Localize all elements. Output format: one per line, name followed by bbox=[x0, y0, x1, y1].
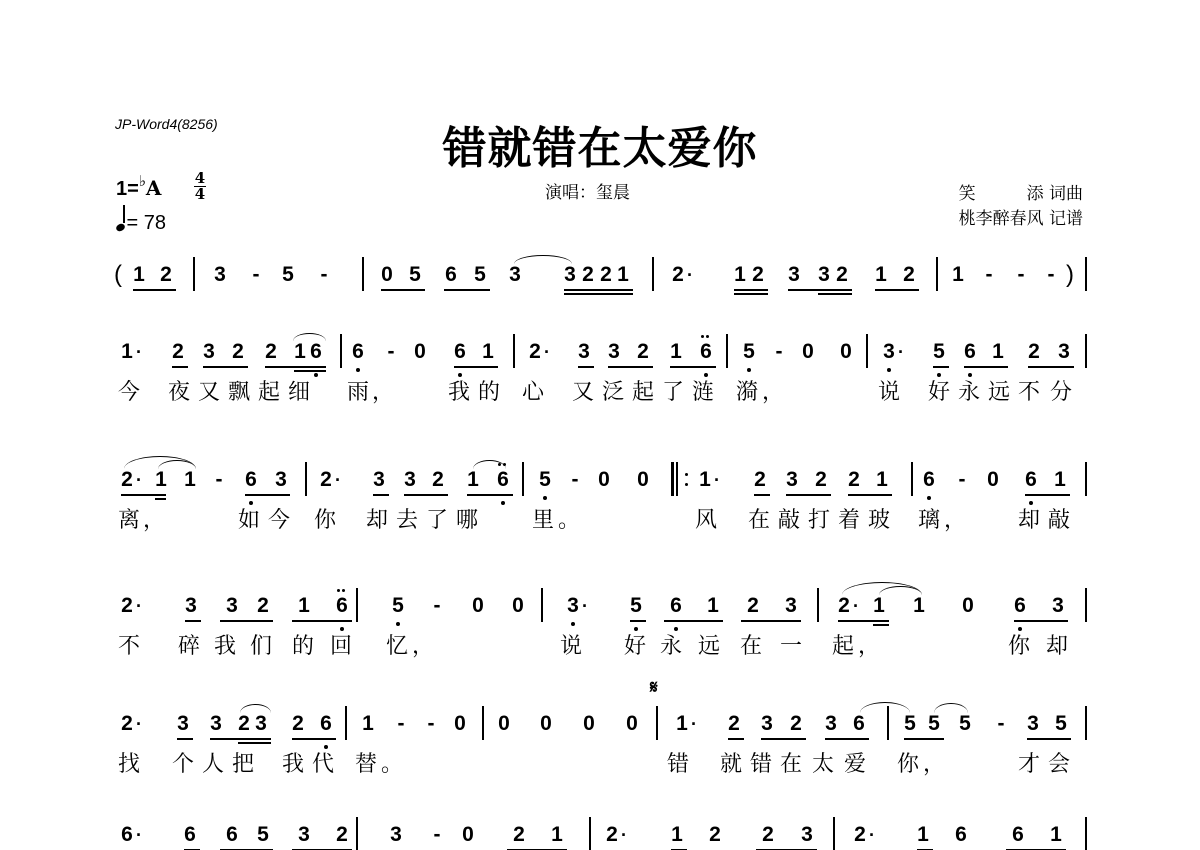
barline bbox=[1085, 588, 1087, 622]
lyric-char: 涟 bbox=[692, 380, 714, 406]
note: 1 bbox=[360, 712, 376, 736]
augmentation-dot: · bbox=[135, 823, 143, 847]
beam-underline bbox=[238, 742, 271, 744]
note: 6 bbox=[243, 468, 259, 492]
sustain-dash: - bbox=[429, 594, 445, 618]
beam-underline bbox=[734, 293, 768, 295]
barline bbox=[817, 588, 819, 622]
note: 6 bbox=[443, 263, 459, 287]
beam-underline bbox=[630, 620, 646, 622]
barline bbox=[541, 588, 543, 622]
lyric-char: 远 bbox=[988, 380, 1010, 406]
lyric-char: 风 bbox=[695, 508, 717, 534]
augmentation-dot: · bbox=[581, 594, 589, 618]
note: 3 bbox=[606, 340, 622, 364]
note: 1 bbox=[465, 468, 481, 492]
sustain-dash: - bbox=[423, 712, 439, 736]
beam-underline bbox=[734, 289, 768, 291]
note: 2 bbox=[255, 594, 271, 618]
note: 6 bbox=[698, 340, 714, 364]
note: 2 bbox=[604, 823, 620, 847]
note: 2 bbox=[726, 712, 742, 736]
note: 6 bbox=[495, 468, 511, 492]
lyric-char: 你 bbox=[897, 752, 919, 778]
beam-underline bbox=[292, 738, 336, 740]
barline bbox=[362, 257, 364, 291]
sustain-dash: - bbox=[393, 712, 409, 736]
beam-underline bbox=[564, 293, 633, 295]
lyric-char: 又 bbox=[572, 380, 594, 406]
barline bbox=[911, 462, 913, 496]
beam-underline bbox=[578, 366, 594, 368]
note: 2 bbox=[1026, 340, 1042, 364]
note: 3 bbox=[212, 263, 228, 287]
barline bbox=[193, 257, 195, 291]
note: 3 bbox=[1025, 712, 1041, 736]
lyric-char: 却 bbox=[366, 508, 388, 534]
note: 5 bbox=[1053, 712, 1069, 736]
note: 2 bbox=[170, 340, 186, 364]
lyric-char: 哪 bbox=[456, 508, 478, 534]
note: 1 bbox=[911, 594, 927, 618]
lyric-char: 却 bbox=[1018, 508, 1040, 534]
beam-underline bbox=[754, 494, 770, 496]
lyric-char: 碎 bbox=[178, 634, 200, 660]
lyric-char: 找 bbox=[118, 752, 140, 778]
low-octave-dot bbox=[340, 627, 344, 631]
note: 3 bbox=[784, 468, 800, 492]
slur bbox=[860, 702, 910, 713]
note: 0 bbox=[960, 594, 976, 618]
segno-icon: 𝄋 bbox=[650, 677, 658, 698]
barline bbox=[522, 462, 524, 496]
low-octave-dot bbox=[634, 627, 638, 631]
beam-underline bbox=[564, 289, 633, 291]
barline bbox=[652, 257, 654, 291]
high-octave-dot bbox=[701, 335, 704, 338]
note: 0 bbox=[624, 712, 640, 736]
low-octave-dot bbox=[571, 622, 575, 626]
augmentation-dot: · bbox=[135, 712, 143, 736]
note: 0 bbox=[496, 712, 512, 736]
credits: 笑 添 词曲 桃李醉春风 记谱 bbox=[959, 182, 1083, 232]
beam-underline bbox=[761, 738, 806, 740]
note: 5 bbox=[472, 263, 488, 287]
lyric-char: 敲 bbox=[778, 508, 800, 534]
lyric-char: 人 bbox=[202, 752, 224, 778]
repeat-start-thick bbox=[671, 462, 674, 496]
lyric-char: 了 bbox=[662, 380, 684, 406]
beam-underline bbox=[1025, 494, 1070, 496]
low-octave-dot bbox=[674, 627, 678, 631]
note: 3 bbox=[881, 340, 897, 364]
note: 2 bbox=[707, 823, 723, 847]
low-octave-dot bbox=[249, 501, 253, 505]
lyric-char: 雨 bbox=[347, 380, 369, 406]
note: 5 bbox=[628, 594, 644, 618]
note: 2 bbox=[598, 263, 614, 287]
time-signature-top: 4 bbox=[194, 171, 206, 186]
note: 1 bbox=[990, 340, 1006, 364]
barline bbox=[726, 334, 728, 368]
high-octave-dot bbox=[337, 589, 340, 592]
note: 1 bbox=[549, 823, 565, 847]
note: 6 bbox=[962, 340, 978, 364]
low-octave-dot bbox=[927, 496, 931, 500]
note: 0 bbox=[596, 468, 612, 492]
note: 6 bbox=[182, 823, 198, 847]
note: 0 bbox=[838, 340, 854, 364]
beam-underline bbox=[1014, 620, 1068, 622]
lyric-char: 个 bbox=[172, 752, 194, 778]
note: 2 bbox=[750, 263, 766, 287]
note: 3 bbox=[371, 468, 387, 492]
barline bbox=[833, 817, 835, 850]
lyric-char: 回 bbox=[330, 634, 352, 660]
low-octave-dot bbox=[396, 622, 400, 626]
note: 2 bbox=[119, 712, 135, 736]
augmentation-dot: · bbox=[852, 594, 860, 618]
sustain-dash: - bbox=[383, 340, 399, 364]
note: 0 bbox=[470, 594, 486, 618]
note: 3 bbox=[1056, 340, 1072, 364]
note: 3 bbox=[786, 263, 802, 287]
lyric-char: 永 bbox=[958, 380, 980, 406]
beam-underline bbox=[728, 738, 744, 740]
barline bbox=[340, 334, 342, 368]
note: 3 bbox=[759, 712, 775, 736]
note: 6 bbox=[308, 340, 324, 364]
note: 1 bbox=[480, 340, 496, 364]
lyric-char: 夜 bbox=[168, 380, 190, 406]
note: 1 bbox=[732, 263, 748, 287]
note: 2 bbox=[119, 468, 135, 492]
beam-underline bbox=[825, 738, 869, 740]
lyric-char: ， bbox=[143, 508, 165, 534]
low-octave-dot bbox=[501, 501, 505, 505]
lyric-char: 的 bbox=[478, 380, 500, 406]
transcriber: 桃李醉春风 记谱 bbox=[959, 207, 1083, 232]
augmentation-dot: · bbox=[334, 468, 342, 492]
beam-underline bbox=[848, 494, 892, 496]
lyric-char: 会 bbox=[1048, 752, 1070, 778]
lyric-char: ， bbox=[762, 380, 784, 406]
slur bbox=[473, 460, 506, 469]
lyric-char: 分 bbox=[1050, 380, 1072, 406]
barline bbox=[482, 706, 484, 740]
note: 1 bbox=[873, 263, 889, 287]
note: 5 bbox=[390, 594, 406, 618]
lyric-char: 好 bbox=[624, 634, 646, 660]
note: 2 bbox=[670, 263, 686, 287]
barline bbox=[1085, 706, 1087, 740]
barline bbox=[345, 706, 347, 740]
note: 1 bbox=[950, 263, 966, 287]
note: 6 bbox=[921, 468, 937, 492]
sustain-dash: - bbox=[211, 468, 227, 492]
lyric-char: 又 bbox=[198, 380, 220, 406]
barline bbox=[1085, 334, 1087, 368]
lyric-char: ， bbox=[944, 508, 966, 534]
slur bbox=[514, 255, 572, 264]
beam-underline bbox=[1027, 738, 1071, 740]
lyric-char: 错 bbox=[667, 752, 689, 778]
note: 2 bbox=[745, 594, 761, 618]
lyric-char: 远 bbox=[698, 634, 720, 660]
note: 2 bbox=[760, 823, 776, 847]
lyric-char: 忆 bbox=[386, 634, 408, 660]
parenthesis: ) bbox=[1066, 263, 1074, 287]
beam-underline bbox=[670, 366, 716, 368]
note: 1 bbox=[674, 712, 690, 736]
beam-underline bbox=[381, 289, 425, 291]
parenthesis: ( bbox=[114, 263, 122, 287]
sustain-dash: - bbox=[954, 468, 970, 492]
high-octave-dot bbox=[706, 335, 709, 338]
beam-underline bbox=[818, 293, 852, 295]
lyric-char: 飘 bbox=[228, 380, 250, 406]
lyric-char: 打 bbox=[808, 508, 830, 534]
beam-underline bbox=[444, 289, 490, 291]
beam-underline bbox=[664, 620, 723, 622]
tempo-value: = 78 bbox=[127, 212, 166, 234]
low-octave-dot bbox=[887, 368, 891, 372]
note: 5 bbox=[957, 712, 973, 736]
lyric-char: 敲 bbox=[1048, 508, 1070, 534]
note: 2 bbox=[813, 468, 829, 492]
quarter-note-stem bbox=[123, 205, 125, 223]
barline bbox=[356, 817, 358, 850]
lyric-char: 在 bbox=[740, 634, 762, 660]
barline bbox=[936, 257, 938, 291]
note: 0 bbox=[412, 340, 428, 364]
sustain-dash: - bbox=[316, 263, 332, 287]
note: 5 bbox=[255, 823, 271, 847]
beam-underline bbox=[788, 289, 852, 291]
note: 3 bbox=[224, 594, 240, 618]
lyric-char: 你 bbox=[314, 508, 336, 534]
note: 3 bbox=[253, 712, 269, 736]
lyric-char: 。 bbox=[381, 752, 403, 778]
lyric-char: 你 bbox=[1008, 634, 1030, 660]
barline bbox=[656, 706, 658, 740]
low-octave-dot bbox=[968, 373, 972, 377]
beam-underline bbox=[373, 494, 389, 496]
beam-underline bbox=[185, 620, 201, 622]
augmentation-dot: · bbox=[713, 468, 721, 492]
note: 6 bbox=[334, 594, 350, 618]
note: 6 bbox=[668, 594, 684, 618]
note: 2 bbox=[290, 712, 306, 736]
lyric-char: 去 bbox=[396, 508, 418, 534]
low-octave-dot bbox=[324, 745, 328, 749]
augmentation-dot: · bbox=[868, 823, 876, 847]
augmentation-dot: · bbox=[135, 468, 143, 492]
note: 3 bbox=[201, 340, 217, 364]
beam-underline bbox=[155, 498, 166, 500]
key-note: A bbox=[146, 176, 162, 200]
augmentation-dot: · bbox=[690, 712, 698, 736]
beam-underline bbox=[873, 624, 889, 626]
lyric-char: 玻 bbox=[868, 508, 890, 534]
note: 2 bbox=[846, 468, 862, 492]
lyric-char: 起 bbox=[632, 380, 654, 406]
lyric-char: 不 bbox=[118, 634, 140, 660]
key-signature: 1=♭A bbox=[116, 176, 161, 201]
lyric-char: 们 bbox=[250, 634, 272, 660]
lyric-char: 着 bbox=[838, 508, 860, 534]
note: 2 bbox=[511, 823, 527, 847]
note: 2 bbox=[788, 712, 804, 736]
augmentation-dot: · bbox=[135, 340, 143, 364]
note: 3 bbox=[816, 263, 832, 287]
augmentation-dot: · bbox=[135, 594, 143, 618]
note: 1 bbox=[1052, 468, 1068, 492]
augmentation-dot: · bbox=[686, 263, 694, 287]
slur bbox=[293, 333, 326, 341]
singer-label: 演唱：玺晨 bbox=[545, 178, 630, 203]
beam-underline bbox=[245, 494, 290, 496]
note: 3 bbox=[783, 594, 799, 618]
note: 5 bbox=[902, 712, 918, 736]
tempo-marking: = 78 bbox=[116, 211, 166, 235]
lyric-char: 里 bbox=[532, 508, 554, 534]
note: 0 bbox=[800, 340, 816, 364]
beam-underline bbox=[608, 366, 653, 368]
note: 6 bbox=[224, 823, 240, 847]
note: 0 bbox=[460, 823, 476, 847]
sustain-dash: - bbox=[1043, 263, 1059, 287]
lyric-char: 就 bbox=[720, 752, 742, 778]
lyric-char: 说 bbox=[560, 634, 582, 660]
lyric-char: 漪 bbox=[736, 380, 758, 406]
lyric-char: 却 bbox=[1046, 634, 1068, 660]
note: 0 bbox=[510, 594, 526, 618]
note: 5 bbox=[931, 340, 947, 364]
beam-underline bbox=[838, 620, 889, 622]
song-title: 错就错在太爱你 bbox=[0, 112, 1200, 176]
low-octave-dot bbox=[1018, 627, 1022, 631]
note: 5 bbox=[407, 263, 423, 287]
beam-underline bbox=[203, 366, 248, 368]
note: 0 bbox=[452, 712, 468, 736]
note: 2 bbox=[318, 468, 334, 492]
barline bbox=[1085, 462, 1087, 496]
lyric-char: ， bbox=[372, 380, 394, 406]
beam-underline bbox=[294, 370, 326, 372]
lyric-char: 的 bbox=[292, 634, 314, 660]
augmentation-dot: · bbox=[620, 823, 628, 847]
lyric-char: 心 bbox=[522, 380, 544, 406]
beam-underline bbox=[875, 289, 919, 291]
beam-underline bbox=[933, 366, 949, 368]
sustain-dash: - bbox=[993, 712, 1009, 736]
lyric-char: ， bbox=[923, 752, 945, 778]
note: 0 bbox=[635, 468, 651, 492]
sustain-dash: - bbox=[1013, 263, 1029, 287]
note: 6 bbox=[851, 712, 867, 736]
beam-underline bbox=[292, 620, 352, 622]
note: 2 bbox=[263, 340, 279, 364]
note: 3 bbox=[175, 712, 191, 736]
time-signature-bottom: 4 bbox=[194, 187, 206, 202]
barline bbox=[866, 334, 868, 368]
note: 2 bbox=[158, 263, 174, 287]
lyric-char: 把 bbox=[232, 752, 254, 778]
lyric-char: 爱 bbox=[844, 752, 866, 778]
beam-underline bbox=[741, 620, 801, 622]
lyric-char: 代 bbox=[312, 752, 334, 778]
note: 3 bbox=[273, 468, 289, 492]
note: 1 bbox=[131, 263, 147, 287]
note: 6 bbox=[1012, 594, 1028, 618]
beam-underline bbox=[467, 494, 513, 496]
note: 1 bbox=[915, 823, 931, 847]
note: 1 bbox=[615, 263, 631, 287]
lyric-char: 了 bbox=[426, 508, 448, 534]
lyric-char: 今 bbox=[118, 380, 140, 406]
note: 2 bbox=[852, 823, 868, 847]
beam-underline bbox=[121, 494, 166, 496]
lyric-char: ， bbox=[412, 634, 434, 660]
note: 2 bbox=[834, 263, 850, 287]
note: 3 bbox=[562, 263, 578, 287]
beam-underline bbox=[1028, 366, 1074, 368]
note: 1 bbox=[292, 340, 308, 364]
note: 1 bbox=[705, 594, 721, 618]
note: 0 bbox=[985, 468, 1001, 492]
lyric-char: 才 bbox=[1018, 752, 1040, 778]
high-octave-dot bbox=[342, 589, 345, 592]
note: 6 bbox=[1023, 468, 1039, 492]
low-octave-dot bbox=[747, 368, 751, 372]
lyric-char: 在 bbox=[748, 508, 770, 534]
note: 3 bbox=[402, 468, 418, 492]
note: 2 bbox=[230, 340, 246, 364]
note: 3 bbox=[388, 823, 404, 847]
note: 2 bbox=[119, 594, 135, 618]
note: 3 bbox=[565, 594, 581, 618]
low-octave-dot bbox=[314, 373, 318, 377]
beam-underline bbox=[133, 289, 176, 291]
beam-underline bbox=[964, 366, 1008, 368]
note: 2 bbox=[236, 712, 252, 736]
note: 0 bbox=[581, 712, 597, 736]
lyric-char: ， bbox=[858, 634, 880, 660]
beam-underline bbox=[220, 620, 273, 622]
note: 3 bbox=[183, 594, 199, 618]
low-octave-dot bbox=[458, 373, 462, 377]
lyric-char: 我 bbox=[282, 752, 304, 778]
note: 6 bbox=[119, 823, 135, 847]
note: 1 bbox=[697, 468, 713, 492]
augmentation-dot: · bbox=[543, 340, 551, 364]
beam-underline bbox=[904, 738, 944, 740]
lyric-char: 泛 bbox=[602, 380, 624, 406]
lyric-char: 如 bbox=[238, 508, 260, 534]
note: 0 bbox=[538, 712, 554, 736]
barline bbox=[513, 334, 515, 368]
key-prefix: 1= bbox=[116, 178, 139, 200]
note: 5 bbox=[280, 263, 296, 287]
sustain-dash: - bbox=[248, 263, 264, 287]
note: 6 bbox=[452, 340, 468, 364]
barline bbox=[356, 588, 358, 622]
quarter-note-icon bbox=[115, 222, 126, 232]
note: 6 bbox=[953, 823, 969, 847]
lyric-char: 璃 bbox=[918, 508, 940, 534]
note: 3 bbox=[507, 263, 523, 287]
